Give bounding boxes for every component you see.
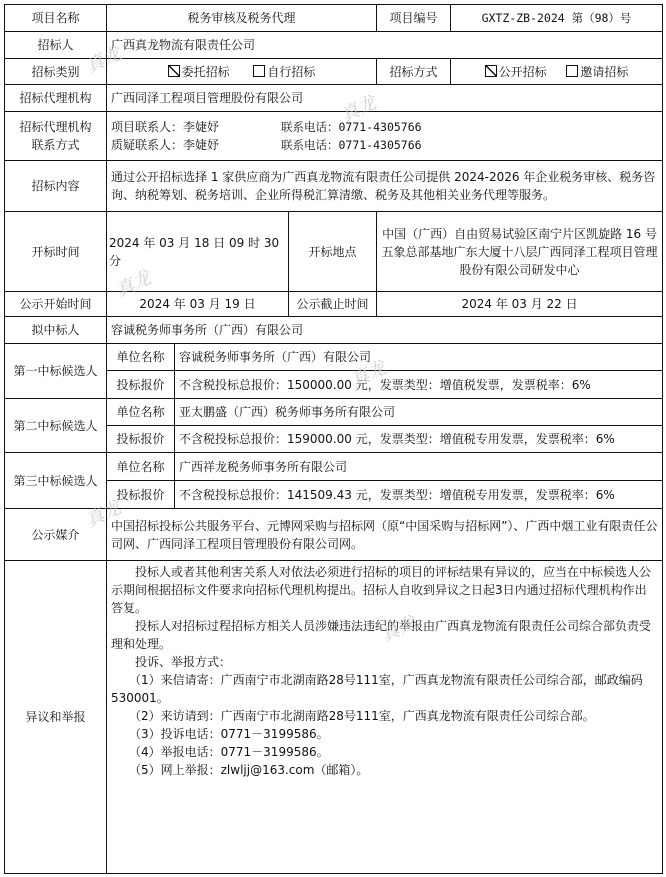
tenderer-label: 招标人 — [5, 32, 107, 59]
publicity-start-value: 2024 年 03 月 19 日 — [107, 292, 289, 317]
agency-label: 招标代理机构 — [5, 85, 107, 112]
objection-paragraph: 投诉、举报方式： — [111, 653, 658, 671]
checkbox-empty-icon[interactable] — [566, 65, 578, 77]
candidate-3-unit-row: 第三中标候选人 单位名称 广西祥龙税务师事务所有限公司 — [5, 453, 663, 481]
option-self[interactable]: 自行招标 — [253, 65, 315, 79]
tender-method-options: 公开招标 邀请招标 — [451, 59, 663, 85]
row-project-name: 项目名称 税务审核及税务代理 项目编号 GXTZ-ZB-2024 第（98）号 — [5, 5, 663, 32]
row-objection: 异议和举报 投标人或者其他利害关系人对依法必须进行招标的项目的评标结果有异议的，… — [5, 561, 663, 874]
option-invited[interactable]: 邀请招标 — [566, 65, 628, 79]
objection-paragraph: 投标人或者其他利害关系人对依法必须进行招标的项目的评标结果有异议的，应当在中标候… — [111, 563, 658, 617]
contact-role: 质疑联系人：李婕妤 — [111, 136, 281, 154]
agency-contact-label-line2: 联系方式 — [9, 136, 102, 154]
objection-item: （4）举报电话：0771－3199586。 — [111, 743, 658, 761]
project-name-label: 项目名称 — [5, 5, 107, 32]
objection-item: （2）来访请到：广西南宁市北湖南路28号111室，广西真龙物流有限责任公司综合部… — [111, 707, 658, 725]
contact-phone: 联系电话：0771-4305766 — [281, 138, 422, 152]
checkbox-checked-icon[interactable] — [485, 65, 497, 77]
option-entrusted-label: 委托招标 — [182, 65, 230, 79]
media-value: 中国招标投标公共服务平台、元博网采购与招标网（原“中国采购与招标网”）、广西中烟… — [107, 509, 663, 561]
agency-contact-label: 招标代理机构 联系方式 — [5, 112, 107, 161]
row-publicity: 公示开始时间 2024 年 03 月 19 日 公示截止时间 2024 年 03… — [5, 292, 663, 317]
publicity-start-label: 公示开始时间 — [5, 292, 107, 317]
option-self-label: 自行招标 — [267, 65, 315, 79]
candidate-2-bid-label: 投标报价 — [107, 426, 175, 453]
candidate-1-bid-label: 投标报价 — [107, 371, 175, 399]
opening-place-value: 中国（广西）自由贸易试验区南宁片区凯旋路 16 号五象总部基地广东大厦十八层广西… — [377, 212, 663, 292]
agency-value: 广西同泽工程项目管理股份有限公司 — [107, 85, 663, 112]
row-category-method: 招标类别 委托招标 自行招标 招标方式 公开招标 邀请招标 — [5, 59, 663, 85]
candidate-3-bid-label: 投标报价 — [107, 481, 175, 509]
objection-paragraph: 投标人对招标过程招标方相关人员涉嫌违法违纪的举报由广西真龙物流有限责任公司综合部… — [111, 617, 658, 653]
candidate-2-unit-row: 第二中标候选人 单位名称 亚太鹏盛（广西）税务师事务所有限公司 — [5, 399, 663, 426]
candidate-1-unit-row: 第一中标候选人 单位名称 容诚税务师事务所（广西）有限公司 — [5, 344, 663, 371]
proposed-winner-value: 容诚税务师事务所（广西）有限公司 — [107, 317, 663, 344]
candidate-2-label: 第二中标候选人 — [5, 399, 107, 453]
objection-label: 异议和举报 — [5, 561, 107, 874]
candidate-1-label: 第一中标候选人 — [5, 344, 107, 399]
checkbox-empty-icon[interactable] — [253, 65, 265, 77]
row-proposed-winner: 拟中标人 容诚税务师事务所（广西）有限公司 — [5, 317, 663, 344]
tender-category-label: 招标类别 — [5, 59, 107, 85]
publicity-end-label: 公示截止时间 — [289, 292, 377, 317]
option-invited-label: 邀请招标 — [580, 65, 628, 79]
candidate-3-label: 第三中标候选人 — [5, 453, 107, 509]
row-opening: 开标时间 2024 年 03 月 18 日 09 时 30 分 开标地点 中国（… — [5, 212, 663, 292]
tenderer-value: 广西真龙物流有限责任公司 — [107, 32, 663, 59]
objection-item: （3）投诉电话：0771－3199586。 — [111, 725, 658, 743]
opening-time-label: 开标时间 — [5, 212, 107, 292]
contact-role: 项目联系人：李婕妤 — [111, 118, 281, 136]
candidate-2-unit-label: 单位名称 — [107, 399, 175, 426]
row-tender-content: 招标内容 通过公开招标选择 1 家供应商为广西真龙物流有限责任公司提供 2024… — [5, 161, 663, 212]
candidate-2-bid-value: 不含税投标总报价：159000.00 元，发票类型：增值税专用发票，发票税率：6… — [175, 426, 663, 453]
checkbox-checked-icon[interactable] — [168, 65, 180, 77]
media-label: 公示媒介 — [5, 509, 107, 561]
objection-body: 投标人或者其他利害关系人对依法必须进行招标的项目的评标结果有异议的，应当在中标候… — [107, 561, 663, 874]
contact-line: 项目联系人：李婕妤联系电话：0771-4305766 — [111, 118, 658, 136]
tender-content-label: 招标内容 — [5, 161, 107, 212]
row-agency: 招标代理机构 广西同泽工程项目管理股份有限公司 — [5, 85, 663, 112]
objection-item: （1）来信请寄：广西南宁市北湖南路28号111室，广西真龙物流有限责任公司综合部… — [111, 671, 658, 707]
project-number-label: 项目编号 — [377, 5, 451, 32]
candidate-1-unit-label: 单位名称 — [107, 344, 175, 371]
option-open-label: 公开招标 — [499, 65, 547, 79]
option-entrusted[interactable]: 委托招标 — [168, 65, 230, 79]
proposed-winner-label: 拟中标人 — [5, 317, 107, 344]
opening-time-value: 2024 年 03 月 18 日 09 时 30 分 — [107, 212, 289, 292]
agency-contact-value: 项目联系人：李婕妤联系电话：0771-4305766 质疑联系人：李婕妤联系电话… — [107, 112, 663, 161]
candidate-3-unit-value: 广西祥龙税务师事务所有限公司 — [175, 453, 663, 481]
candidate-1-unit-value: 容诚税务师事务所（广西）有限公司 — [175, 344, 663, 371]
objection-item: （5）网上举报：zlwljj@163.com（邮箱）。 — [111, 761, 658, 779]
project-name-value: 税务审核及税务代理 — [107, 5, 377, 32]
tender-category-options: 委托招标 自行招标 — [107, 59, 377, 85]
row-media: 公示媒介 中国招标投标公共服务平台、元博网采购与招标网（原“中国采购与招标网”）… — [5, 509, 663, 561]
tender-content-value: 通过公开招标选择 1 家供应商为广西真龙物流有限责任公司提供 2024-2026… — [107, 161, 663, 212]
opening-place-label: 开标地点 — [289, 212, 377, 292]
row-agency-contact: 招标代理机构 联系方式 项目联系人：李婕妤联系电话：0771-4305766 质… — [5, 112, 663, 161]
candidate-3-unit-label: 单位名称 — [107, 453, 175, 481]
project-number-value: GXTZ-ZB-2024 第（98）号 — [451, 5, 663, 32]
tender-method-label: 招标方式 — [377, 59, 451, 85]
bid-result-table: 项目名称 税务审核及税务代理 项目编号 GXTZ-ZB-2024 第（98）号 … — [4, 4, 663, 874]
contact-line: 质疑联系人：李婕妤联系电话：0771-4305766 — [111, 136, 658, 154]
candidate-1-bid-value: 不含税投标总报价：150000.00 元，发票类型：增值税发票，发票税率：6% — [175, 371, 663, 399]
option-open[interactable]: 公开招标 — [485, 65, 547, 79]
candidate-3-bid-value: 不含税投标总报价：141509.43 元，发票类型：增值税专用发票，发票税率：6… — [175, 481, 663, 509]
agency-contact-label-line1: 招标代理机构 — [9, 118, 102, 136]
row-tenderer: 招标人 广西真龙物流有限责任公司 — [5, 32, 663, 59]
contact-phone: 联系电话：0771-4305766 — [281, 120, 422, 134]
candidate-2-unit-value: 亚太鹏盛（广西）税务师事务所有限公司 — [175, 399, 663, 426]
publicity-end-value: 2024 年 03 月 22 日 — [377, 292, 663, 317]
